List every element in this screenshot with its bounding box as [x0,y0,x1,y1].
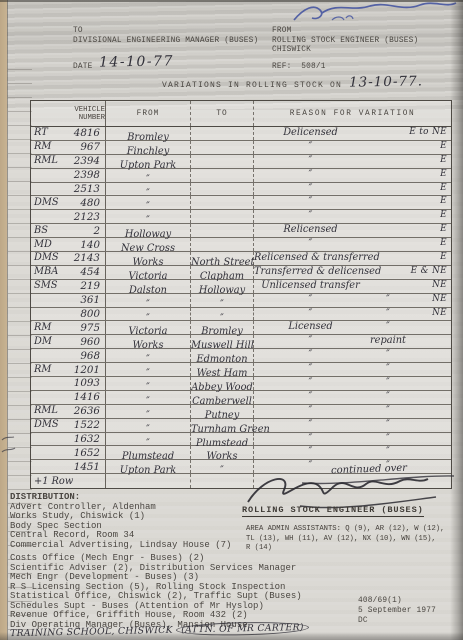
table-row: RML2636″Putney″″ [31,405,451,419]
reason-secondary: ″ [367,308,409,321]
table-row: 361″″″″NE [31,294,451,308]
from-cell: ″ [106,196,191,209]
vehicle-cell: DM960 [31,335,106,348]
reason-cell: ″″ [254,377,451,390]
table-row: DM960WorksMuswell Hill″repaint [31,335,451,349]
reason-secondary: ″ [367,419,409,432]
vehicle-number: 1201 [74,364,100,377]
reason-text: Transferred & delicensed [254,266,367,279]
reason-text: ″ [254,335,367,348]
licensing-area-code [409,405,451,418]
vehicle-class: DM [34,336,52,349]
reason-cell: Unlicensed transferNE [254,280,451,293]
licensing-area-code [409,419,451,432]
reason-text: Relicensed & transferred [254,252,367,265]
reason-cell: ″E [254,238,451,251]
reason-cell: ″E [254,169,451,182]
reason-cell: ″″ [254,405,451,418]
reason-text: ″ [254,155,367,168]
reason-text: Licensed [254,321,367,334]
to-cell: Holloway [191,280,254,293]
vehicle-cell: 2398 [31,169,106,182]
reason-cell: ″″NE [254,294,451,307]
column-header-to: TO [191,101,254,126]
vehicle-number: 219 [80,280,100,293]
table-row: RM975VictoriaBromleyLicensed″ [31,321,451,335]
vehicle-cell: MBA454 [31,266,106,279]
vehicle-class: MD [34,239,52,252]
vehicle-number: 2 [93,225,100,238]
vehicle-cell: DMS480 [31,196,106,209]
licensing-area-code: E [409,155,451,168]
reason-cell: ″″ [254,446,451,459]
vehicle-cell: RM975 [31,321,106,334]
reason-cell: ″E [254,196,451,209]
vehicle-cell: 361 [31,294,106,307]
to-cell: ″ [191,308,254,321]
vehicle-cell: RM967 [31,141,106,154]
reference-initials: DC [358,616,436,626]
table-row: 2513″″E [31,183,451,197]
reason-secondary [367,169,409,182]
from-cell: Victoria [106,266,191,279]
distribution-section: DISTRIBUTION: Advert Controller, Aldenha… [10,493,302,630]
to-cell [191,210,254,223]
vehicle-class: BS [34,225,48,238]
reason-secondary: repaint [367,335,409,348]
reason-secondary [367,280,409,293]
reason-secondary: ″ [367,391,409,404]
from-cell: ″ [106,294,191,307]
vehicle-cell: MD140 [31,238,106,251]
from-label: FROM [272,27,292,37]
vehicle-class: RM [34,364,51,377]
table-row: RM1201″West Ham″″ [31,363,451,377]
licensing-area-code [409,321,451,334]
reason-cell: ″″ [254,419,451,432]
licensing-area-code: E [409,252,451,265]
to-cell [191,155,254,168]
date-value-handwritten: 14-10-77 [99,53,174,70]
vehicle-cell: RM1201 [31,363,106,376]
licensing-area-code: E [409,183,451,196]
to-cell [191,141,254,154]
reference-block: 408/69(1) 5 September 1977 DC [358,596,436,626]
reason-cell: DelicensedE to NE [254,127,451,140]
from-cell [106,474,191,488]
vehicle-class: DMS [34,419,59,432]
reference-number: 408/69(1) [358,596,436,606]
reason-text: ″ [254,183,367,196]
from-cell: ″ [106,183,191,196]
vehicle-number: 1522 [74,419,100,432]
from-cell: ″ [106,405,191,418]
table-row: BS2HollowayRelicensedE [31,224,451,238]
licensing-area-code [409,391,451,404]
vehicle-cell: DMS1522 [31,419,106,432]
table-row: DMS1522″Turnham Green″″ [31,419,451,433]
date-label: DATE [73,63,93,73]
licensing-area-code: NE [409,294,451,307]
licensing-area-code [409,433,451,446]
from-cell: Upton Park [106,155,191,168]
from-cell: ″ [106,377,191,390]
vehicle-class: SMS [34,280,57,293]
vehicle-number: 1093 [74,377,100,390]
table-row: 1416″Camberwell″″ [31,391,451,405]
licensing-area-code: E [409,196,451,209]
ref-line: REF: 508/1 [272,63,326,73]
reason-cell: ″E [254,210,451,223]
to-cell: Edmonton [191,349,254,362]
from-cell: ″ [106,169,191,182]
to-cell [191,196,254,209]
scanned-document-page: TO DIVISIONAL ENGINEERING MANAGER (BUSES… [0,0,463,640]
to-cell: North Street [191,252,254,265]
column-header-vehicle-number: VEHICLE NUMBER [31,101,106,126]
table-row: RT4816BromleyDelicensedE to NE [31,127,451,141]
vehicle-number: 800 [80,308,100,321]
reason-secondary: ″ [367,294,409,307]
reason-text: ″ [254,196,367,209]
reason-text: ″ [254,349,367,362]
vehicle-class: RML [34,155,58,168]
licensing-area-code: NE [409,308,451,321]
licensing-area-code: E to NE [409,127,451,140]
from-cell: ″ [106,419,191,432]
from-cell: Finchley [106,141,191,154]
reason-text: ″ [254,363,367,376]
reason-cell: Transferred & delicensedE & NE [254,266,451,279]
vehicle-cell: RML2636 [31,405,106,418]
vehicle-cell: RML2394 [31,155,106,168]
vehicle-cell: 1652 [31,446,106,459]
from-cell: New Cross [106,238,191,251]
table-row: SMS219DalstonHollowayUnlicensed transfer… [31,280,451,294]
reason-cell: ″″NE [254,308,451,321]
from-cell: ″ [106,308,191,321]
margin-ink-marks [0,434,20,464]
from-cell: ″ [106,433,191,446]
vehicle-cell: 2123 [31,210,106,223]
to-cell [191,127,254,140]
reason-secondary [367,210,409,223]
reason-secondary [367,224,409,237]
licensing-area-code [409,446,451,459]
column-header-from: FROM [106,101,191,126]
reason-text: ″ [254,433,367,446]
from-cell: Bromley [106,127,191,140]
vehicle-number: 1632 [74,433,100,446]
to-value: DIVISIONAL ENGINEERING MANAGER (BUSES) [73,37,258,47]
reference-date: 5 September 1977 [358,606,436,616]
distribution-item: Commercial Advertising, Lindsay House (7… [10,541,302,551]
column-header-reason: REASON FOR VARIATION [254,101,451,126]
table-row: 1632″Plumstead″″ [31,433,451,447]
table-row: MBA454VictoriaClaphamTransferred & delic… [31,266,451,280]
vehicle-class: +1 Row [34,476,73,489]
licensing-area-code [409,335,451,348]
vehicle-class: MBA [34,266,58,279]
reason-cell: ″″ [254,433,451,446]
reason-secondary: ″ [367,405,409,418]
vehicle-cell: 1416 [31,391,106,404]
vehicle-number: 2143 [74,252,100,265]
to-cell: West Ham [191,363,254,376]
table-row: RM967Finchley″E [31,141,451,155]
to-cell: Works [191,446,254,459]
table-rows: RT4816BromleyDelicensedE to NERM967Finch… [31,127,451,488]
reason-secondary: ″ [367,377,409,390]
vehicle-number: 140 [80,239,100,252]
reason-text: ″ [254,169,367,182]
vehicle-class: DMS [34,197,59,210]
vehicle-class: RT [34,127,48,140]
ref-label: REF: [272,63,292,71]
licensing-area-code: E [409,238,451,251]
reason-text: ″ [254,238,367,251]
reason-text: Unlicensed transfer [254,280,367,293]
reason-cell: ″repaint [254,335,451,348]
variations-table: VEHICLE NUMBER FROM TO REASON FOR VARIAT… [30,100,452,489]
vehicle-cell: 1632 [31,433,106,446]
vehicle-number: 2513 [74,183,100,196]
vehicle-number: 361 [80,294,100,307]
to-label: TO [73,27,83,37]
reason-cell: ″″ [254,391,451,404]
vehicle-cell: 2513 [31,183,106,196]
reason-text: Relicensed [254,224,367,237]
reason-secondary: ″ [367,349,409,362]
table-row: RML2394Upton Park″E [31,155,451,169]
from-cell: ″ [106,391,191,404]
reason-text: ″ [254,391,367,404]
to-cell: Putney [191,405,254,418]
reason-cell: RelicensedE [254,224,451,237]
to-cell: Clapham [191,266,254,279]
licensing-area-code [409,349,451,362]
licensing-area-code: E [409,210,451,223]
reason-secondary [367,127,409,140]
reason-cell: ″E [254,155,451,168]
vehicle-cell: 1093 [31,377,106,390]
from-cell: ″ [106,363,191,376]
reason-cell: ″″ [254,363,451,376]
paper-left-edge [0,0,7,640]
vehicle-class: DMS [34,252,59,265]
licensing-area-code [409,377,451,390]
table-row: 1093″Abbey Wood″″ [31,377,451,391]
scan-right-edge [450,0,463,640]
to-cell: Plumstead [191,433,254,446]
vehicle-number: 480 [80,197,100,210]
reason-secondary [367,238,409,251]
table-row: 800″″″″NE [31,308,451,322]
vehicle-number: 1416 [74,391,100,404]
licensing-area-code: E & NE [409,266,451,279]
vehicle-class: RM [34,141,51,154]
vehicle-number: 1652 [74,447,100,460]
reason-secondary: ″ [367,433,409,446]
reason-text: ″ [254,419,367,432]
reason-text: ″ [254,141,367,154]
from-location: CHISWICK [272,46,311,56]
reason-secondary: ″ [367,363,409,376]
scan-bottom-edge [0,632,463,640]
reason-text: Delicensed [254,127,367,140]
reason-cell: ″E [254,183,451,196]
reason-text: ″ [254,294,367,307]
vehicle-number: 454 [80,266,100,279]
reason-text: ″ [254,210,367,223]
document-title: VARIATIONS IN ROLLING STOCK ON [162,81,342,90]
vehicle-number: 975 [80,322,100,335]
table-row: DMS2143WorksNorth StreetRelicensed & tra… [31,252,451,266]
from-cell: ″ [106,349,191,362]
vehicle-cell: DMS2143 [31,252,106,265]
to-cell [191,169,254,182]
reason-text: ″ [254,308,367,321]
ref-value: 508/1 [301,63,325,71]
from-cell: Plumstead [106,446,191,459]
licensing-area-code: E [409,141,451,154]
vehicle-class: RM [34,322,51,335]
reason-secondary [367,196,409,209]
reason-secondary: ″ [367,446,409,459]
licensing-area-code [409,363,451,376]
vehicle-number: 967 [80,141,100,154]
vehicle-cell: 968 [31,349,106,362]
vehicle-number: 960 [80,336,100,349]
distribution-group-2: Costs Office (Mech Engr - Buses) (2)Scie… [10,554,302,630]
vehicle-number: 1451 [74,461,100,474]
reason-secondary [367,183,409,196]
to-cell: Abbey Wood [191,377,254,390]
licensing-area-code: E [409,169,451,182]
from-cell: Upton Park [106,460,191,473]
reason-secondary [367,266,409,279]
table-header-row: VEHICLE NUMBER FROM TO REASON FOR VARIAT… [31,101,451,127]
reason-text: ″ [254,446,367,459]
vehicle-class: RML [34,405,58,418]
table-row: 2398″″E [31,169,451,183]
reason-cell: ″E [254,141,451,154]
blue-ink-scrawl [290,0,460,28]
distribution-group-1: Advert Controller, AldenhamWorks Study, … [10,503,302,551]
vehicle-cell: BS2 [31,224,106,237]
to-cell [191,224,254,237]
reason-secondary: ″ [367,321,409,334]
vehicle-number: 2636 [74,405,100,418]
from-cell: Dalston [106,280,191,293]
reason-text: ″ [254,377,367,390]
vehicle-number: 4816 [74,127,100,140]
to-cell: ″ [191,294,254,307]
table-row: 968″Edmonton″″ [31,349,451,363]
from-cell: Holloway [106,224,191,237]
vehicle-number: 968 [80,350,100,363]
table-row: MD140New Cross″E [31,238,451,252]
reason-text: ″ [254,405,367,418]
vehicle-cell: 1451 [31,460,106,473]
reason-secondary [367,141,409,154]
vehicle-cell: +1 Row [31,474,106,488]
to-cell [191,183,254,196]
to-cell: Bromley [191,321,254,334]
licensing-area-code: E [409,224,451,237]
title-date-handwritten: 13-10-77. [349,73,423,90]
vehicle-cell: SMS219 [31,280,106,293]
vehicle-cell: 800 [31,308,106,321]
table-row: DMS480″″E [31,196,451,210]
reason-secondary [367,155,409,168]
vehicle-cell: RT4816 [31,127,106,140]
licensing-area-code: NE [409,280,451,293]
from-cell: Works [106,252,191,265]
table-row: 1652PlumsteadWorks″″ [31,446,451,460]
reason-cell: ″″ [254,349,451,362]
reason-cell: Relicensed & transferredE [254,252,451,265]
from-cell: Victoria [106,321,191,334]
to-cell [191,238,254,251]
table-row: 2123″″E [31,210,451,224]
reason-secondary [367,252,409,265]
to-cell: Camberwell [191,391,254,404]
vehicle-number: 2394 [74,155,100,168]
from-cell: ″ [106,210,191,223]
reason-cell: Licensed″ [254,321,451,334]
vehicle-number: 2398 [74,169,100,182]
to-cell: Turnham Green [191,419,254,432]
from-cell: Works [106,335,191,348]
to-cell: Muswell Hill [191,335,254,348]
vehicle-number: 2123 [74,211,100,224]
